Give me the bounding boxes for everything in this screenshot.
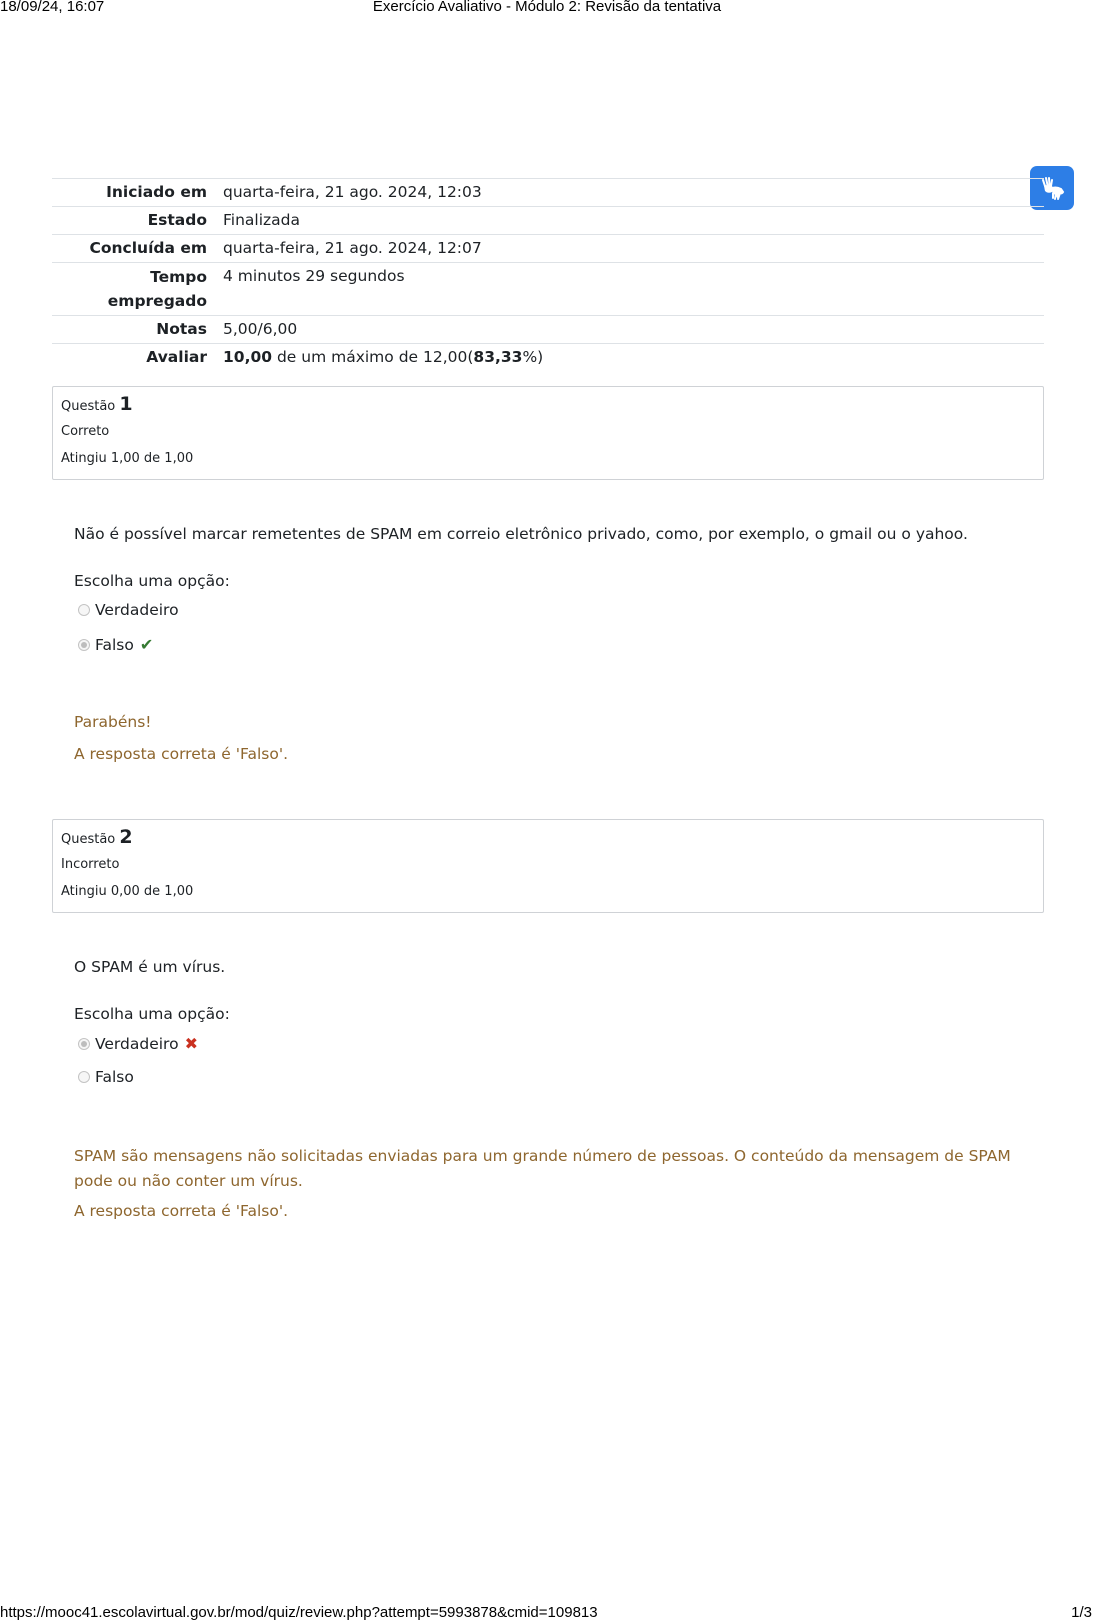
radio-button-selected[interactable] <box>78 639 90 651</box>
summary-label: Avaliar <box>52 344 207 372</box>
question-state: Incorreto <box>61 857 119 872</box>
summary-label: Notas <box>52 316 207 344</box>
option-label: Falso <box>95 636 134 654</box>
summary-value: Finalizada <box>207 207 1044 235</box>
option-label: Verdadeiro <box>95 1035 179 1053</box>
question-2-right-answer: A resposta correta é 'Falso'. <box>74 1199 1014 1224</box>
summary-row-completed: Concluída em quarta-feira, 21 ago. 2024,… <box>52 235 1044 263</box>
summary-row-started: Iniciado em quarta-feira, 21 ago. 2024, … <box>52 179 1044 207</box>
question-2-prompt: Escolha uma opção: <box>74 1005 230 1023</box>
question-1-right-answer: A resposta correta é 'Falso'. <box>74 742 1014 767</box>
question-grade: Atingiu 0,00 de 1,00 <box>61 884 193 899</box>
attempt-summary-table: Iniciado em quarta-feira, 21 ago. 2024, … <box>52 178 1044 371</box>
print-page-number: 1/3 <box>1071 1604 1092 1622</box>
option-label: Verdadeiro <box>95 601 179 619</box>
radio-button-selected[interactable] <box>78 1038 90 1050</box>
question-1-feedback: Parabéns! <box>74 710 1014 735</box>
summary-value: quarta-feira, 21 ago. 2024, 12:07 <box>207 235 1044 263</box>
print-page-title: Exercício Avaliativo - Módulo 2: Revisão… <box>0 0 1094 16</box>
summary-value: quarta-feira, 21 ago. 2024, 12:03 <box>207 179 1044 207</box>
summary-row-marks: Notas 5,00/6,00 <box>52 316 1044 344</box>
question-grade: Atingiu 1,00 de 1,00 <box>61 451 193 466</box>
question-2-option-falso[interactable]: Falso <box>78 1068 134 1086</box>
question-1-prompt: Escolha uma opção: <box>74 572 230 590</box>
print-url: https://mooc41.escolavirtual.gov.br/mod/… <box>0 1604 598 1622</box>
summary-row-grade: Avaliar 10,00 de um máximo de 12,00(83,3… <box>52 344 1044 372</box>
question-2-option-verdadeiro[interactable]: Verdadeiro ✖ <box>78 1034 198 1053</box>
question-number: Questão 2 <box>61 826 133 848</box>
question-2-info: Questão 2 Incorreto Atingiu 0,00 de 1,00 <box>52 819 1044 913</box>
summary-value: 4 minutos 29 segundos <box>207 263 1044 316</box>
radio-button[interactable] <box>78 604 90 616</box>
print-header: 18/09/24, 16:07 Exercício Avaliativo - M… <box>0 0 1094 16</box>
summary-label: Tempoempregado <box>52 263 207 316</box>
question-2-text: O SPAM é um vírus. <box>74 958 225 976</box>
question-1-info: Questão 1 Correto Atingiu 1,00 de 1,00 <box>52 386 1044 480</box>
question-2-feedback: SPAM são mensagens não solicitadas envia… <box>74 1144 1014 1194</box>
summary-value: 5,00/6,00 <box>207 316 1044 344</box>
summary-label: Iniciado em <box>52 179 207 207</box>
radio-button[interactable] <box>78 1071 90 1083</box>
cross-icon: ✖ <box>185 1034 198 1053</box>
question-1-option-falso[interactable]: Falso ✔ <box>78 635 153 654</box>
summary-row-state: Estado Finalizada <box>52 207 1044 235</box>
summary-row-time: Tempoempregado 4 minutos 29 segundos <box>52 263 1044 316</box>
summary-label: Estado <box>52 207 207 235</box>
print-footer: https://mooc41.escolavirtual.gov.br/mod/… <box>0 1604 1094 1622</box>
question-number: Questão 1 <box>61 393 133 415</box>
question-1-text: Não é possível marcar remetentes de SPAM… <box>74 525 968 543</box>
summary-value: 10,00 de um máximo de 12,00(83,33%) <box>207 344 1044 372</box>
question-state: Correto <box>61 424 109 439</box>
summary-label: Concluída em <box>52 235 207 263</box>
option-label: Falso <box>95 1068 134 1086</box>
check-icon: ✔ <box>140 635 153 654</box>
question-1-option-verdadeiro[interactable]: Verdadeiro <box>78 601 179 619</box>
